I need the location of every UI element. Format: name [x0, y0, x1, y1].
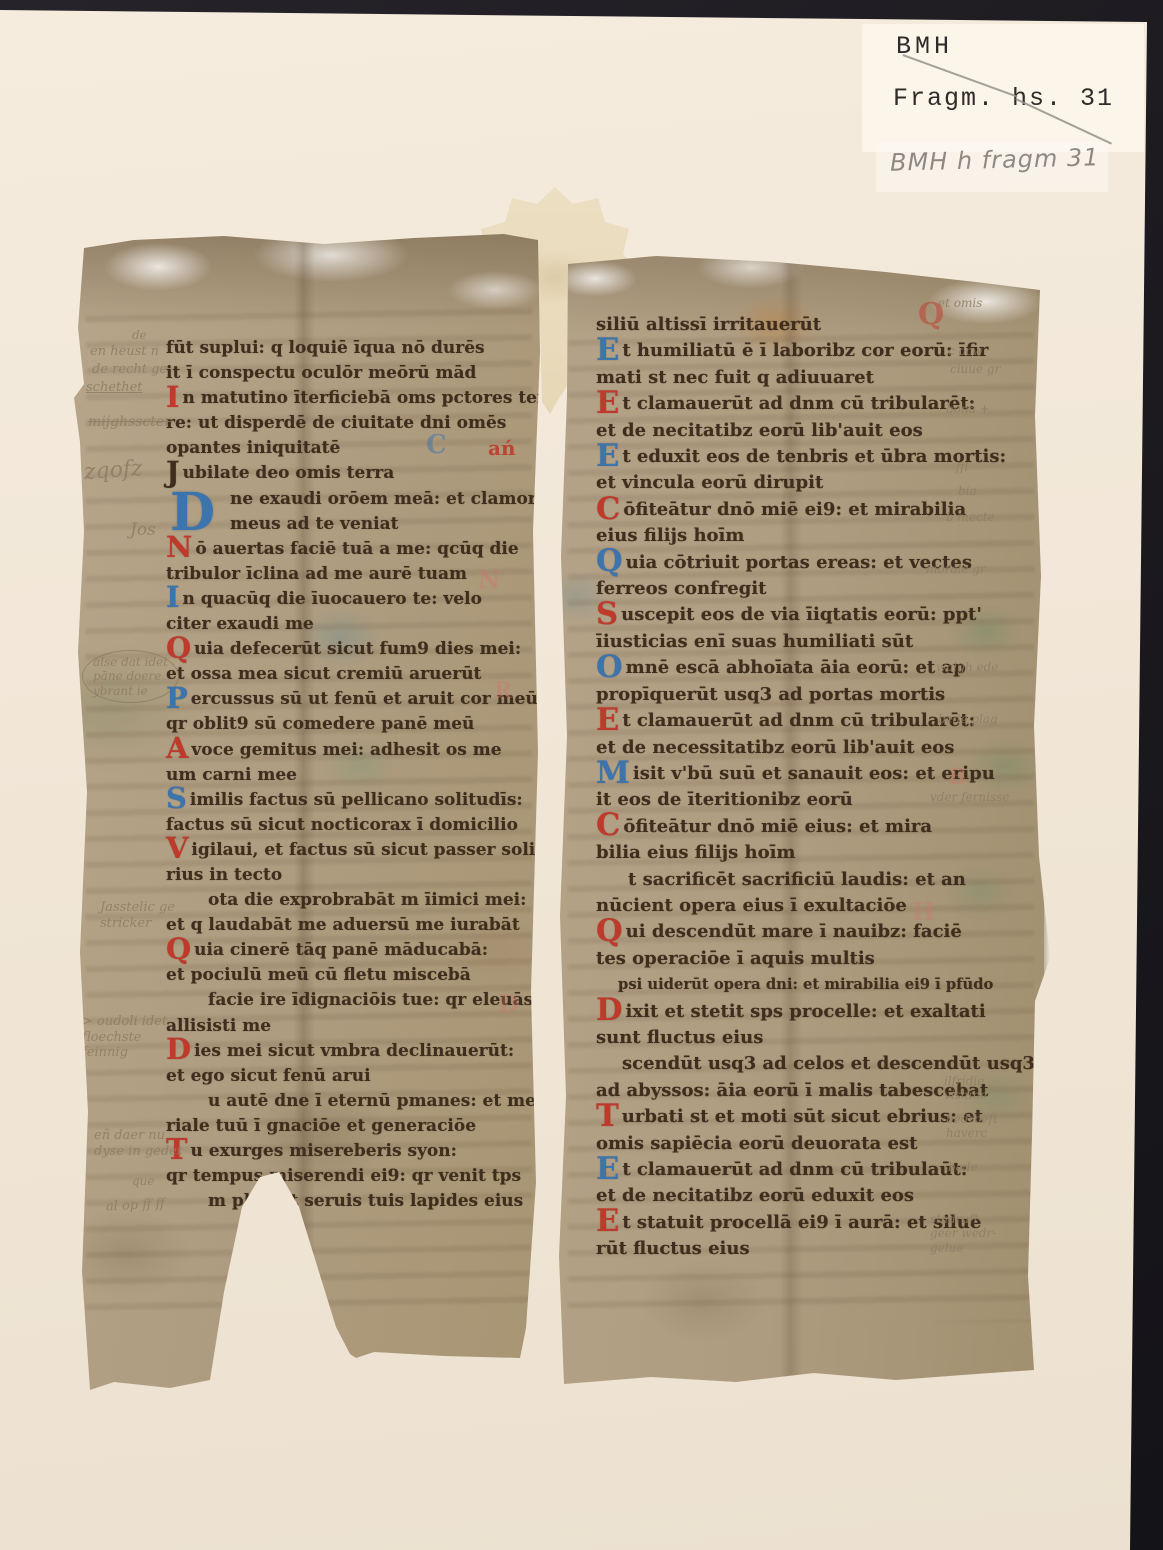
line-text: u autē dne ī eternū pmanes: et memo: [208, 1091, 565, 1111]
manuscript-text-line: Tu exurges misereberis syon:: [166, 1139, 540, 1164]
line-text: bilia eius filijs hoīm: [596, 842, 795, 863]
line-text: re: ut disperdē de ciuitate dni omēs: [166, 413, 506, 433]
manuscript-text-line: Percussus sū ut fenū et aruit cor meū:: [166, 687, 540, 712]
manuscript-text-line: Quia defecerūt sicut fum9 dies mei:: [166, 637, 540, 662]
line-text: uia cinerē tāq panē māducabā:: [194, 940, 488, 960]
manuscript-text-line: m placuit seruis tuis lapides eius: [166, 1189, 540, 1214]
manuscript-text-line: ferreos confregit: [596, 576, 1042, 602]
manuscript-text-line: opantes iniquitatē: [166, 436, 540, 461]
marginal-gloss: vder fernisse: [930, 790, 1009, 804]
manuscript-text-line: qr oblit9 sū comedere panē meū: [166, 712, 540, 737]
manuscript-text-line: et pociulū meū cū fletu miscebā: [166, 963, 540, 988]
marginal-gloss: > oudoli idet floechste feinnig: [82, 1014, 167, 1061]
faded-rubric-mark: H: [912, 900, 935, 924]
manuscript-text-line: et de necitatibz eorū eduxit eos: [596, 1183, 1042, 1209]
marginal-gloss: bedroeft haverc: [946, 1112, 998, 1141]
manuscript-fragment-right: siliū altissī irritauerūtEt humiliatū ē …: [556, 256, 1044, 1392]
marginal-gloss: alse dat idet pāne doere ybrant ie: [82, 650, 179, 703]
manuscript-text-line: propīquerūt usq3 ad portas mortis: [596, 682, 1042, 708]
manuscript-text-line: eius filijs hoīm: [596, 523, 1042, 549]
line-text: rūt fluctus eius: [596, 1238, 750, 1259]
line-text: tes operaciōe ī aquis multis: [596, 948, 875, 969]
manuscript-text-line: re: ut disperdē de ciuitate dni omēs: [166, 411, 540, 436]
manuscript-text-line: Avoce gemitus mei: adhesit os me: [166, 738, 540, 763]
line-text: opantes iniquitatē: [166, 438, 340, 458]
manuscript-text-line: et ossa mea sicut cremiū aruerūt: [166, 662, 540, 687]
line-text: psi uiderūt opera dni: et mirabilia ei9 …: [618, 976, 993, 993]
line-text: t clamauerūt ad dnm cū tribularēt:: [622, 710, 975, 731]
marginal-gloss: ffl: [956, 460, 968, 474]
line-text: ōfiteātur dnō miē eius: et mira: [623, 816, 932, 837]
marginal-gloss: de: [132, 328, 147, 342]
line-text: t clamauerūt ad dnm cū tribularēt:: [622, 393, 975, 414]
line-text: qr tempus miserendi ei9: qr venit tps: [166, 1166, 521, 1186]
line-text: it eos de īteritionibz eorū: [596, 789, 853, 810]
line-text: nūcient opera eius ī exultaciōe: [596, 895, 907, 916]
line-text: ixit et stetit sps procelle: et exaltati: [626, 1001, 986, 1022]
line-text: uia defecerūt sicut fum9 dies mei:: [194, 639, 521, 659]
line-text: ad abyssos: āia eorū ī malis tabescebat: [596, 1080, 988, 1101]
pencil-annotation: BMH h fragm 31: [890, 143, 1100, 176]
line-text: omis sapiēcia eorū deuorata est: [596, 1133, 917, 1154]
mat-board: BMH Fragm. hs. 31 BMH h fragm 31 fūt sup…: [0, 0, 1163, 1550]
line-text: ies mei sicut vmbra declinauerūt:: [194, 1041, 514, 1061]
marginal-gloss: zqofz: [83, 456, 143, 486]
manuscript-text-line: Dixit et stetit sps procelle: et exaltat…: [596, 999, 1042, 1025]
manuscript-text-line: ota die exprobrabāt m īimici mei:: [166, 888, 540, 913]
manuscript-text-line: et de necitatibz eorū lib'auit eos: [596, 418, 1042, 444]
line-text: et de necessitatibz eorū lib'auit eos: [596, 737, 954, 758]
marginal-gloss: bede plag: [938, 712, 998, 726]
manuscript-text-line: allisisti me: [166, 1014, 540, 1039]
marginal-gloss: stadruft geer wedr- gelue: [930, 1212, 996, 1255]
marginal-gloss: mijghsscter: [88, 414, 171, 431]
marginal-gloss: eñ daer nu dyse in gedet: [94, 1128, 182, 1159]
manuscript-text-line: facie ire īdignaciōis tue: qr eleuās: [166, 988, 540, 1013]
line-text: rius in tecto: [166, 865, 282, 885]
line-text: t humiliatū ē ī laboribz cor eorū: īfir: [622, 340, 988, 361]
faded-rubric-mark: N: [478, 568, 500, 592]
line-text: mati st nec fuit q adiuuaret: [596, 367, 874, 388]
manuscript-text-line: bilia eius filijs hoīm: [596, 840, 1042, 866]
manuscript-text-line: nūcient opera eius ī exultaciōe: [596, 893, 1042, 919]
line-text: t sacrificēt sacrificiū laudis: et an: [628, 869, 966, 890]
line-text: ne exaudi orōem meā: et clamor: [230, 489, 537, 509]
manuscript-text-line: et ego sicut fenū arui: [166, 1064, 540, 1089]
manuscript-text-line: et q laudabāt me aduersū me iurabāt: [166, 913, 540, 938]
line-text: meus ad te veniat: [230, 514, 398, 534]
manuscript-text-line: Cōfiteātur dnō miē eius: et mira: [596, 814, 1042, 840]
manuscript-text-line: Similis factus sū pellicano solitudīs:: [166, 788, 540, 813]
line-text: ōfiteātur dnō miē ei9: et mirabilia: [623, 499, 966, 520]
manuscript-text-line: fūt suplui: q loquiē īqua nō durēs: [166, 336, 540, 361]
faded-rubric-mark: R: [494, 680, 512, 702]
line-text: u exurges misereberis syon:: [191, 1141, 457, 1161]
manuscript-text-line: citer exaudi me: [166, 612, 540, 637]
line-text: et q laudabāt me aduersū me iurabāt: [166, 915, 520, 935]
line-text: siliū altissī irritauerūt: [596, 314, 821, 335]
line-text: ō auertas faciē tuā a me: qcūq die: [195, 539, 518, 559]
manuscript-text-line: factus sū sicut nocticorax ī domicilio: [166, 813, 540, 838]
marginal-gloss: b mecte: [946, 510, 995, 524]
line-text: it ī conspectu oculōr meōrū mād: [166, 363, 476, 383]
manuscript-text-line: t sacrificēt sacrificiū laudis: et an: [596, 867, 1042, 893]
marginal-gloss: bade: [948, 1160, 978, 1174]
manuscript-text-line: Quia cinerē tāq panē māducabā:: [166, 938, 540, 963]
manuscript-text-line: riale tuū ī gnaciōe et generaciōe: [166, 1114, 540, 1139]
line-text: t eduxit eos de tenbris et ūbra mortis:: [622, 446, 1006, 467]
line-text: ferreos confregit: [596, 578, 767, 599]
manuscript-text-line: īiusticias enī suas humiliati sūt: [596, 629, 1042, 655]
line-text: m placuit seruis tuis lapides eius: [208, 1191, 523, 1211]
line-text: voce gemitus mei: adhesit os me: [191, 740, 501, 760]
line-text: sunt fluctus eius: [596, 1027, 763, 1048]
line-text: et pociulū meū cū fletu miscebā: [166, 965, 471, 985]
marginal-gloss: morale gr: [926, 562, 986, 576]
line-text: isit v'bū suū et sanauit eos: et eripu: [633, 763, 995, 784]
line-text: facie ire īdignaciōis tue: qr eleuās: [208, 990, 533, 1010]
marginal-gloss: bona +: [946, 402, 990, 416]
faded-rubric-mark: B: [948, 766, 967, 788]
line-text: uscepit eos de via īiqtatis eorū: ppt': [621, 604, 982, 625]
faded-rubric-mark: ań: [488, 438, 516, 458]
manuscript-text-line: Misit v'bū suū et sanauit eos: et eripu: [596, 761, 1042, 787]
text-column: fūt suplui: q loquiē īqua nō durēsit ī c…: [166, 336, 540, 1214]
manuscript-text-line: Dies mei sicut vmbra declinauerūt:: [166, 1039, 540, 1064]
line-text: ercussus sū ut fenū et aruit cor meū:: [191, 689, 544, 709]
manuscript-text-line: Jubilate deo omis terra: [166, 461, 540, 486]
line-text: et de necitatibz eorū eduxit eos: [596, 1185, 914, 1206]
manuscript-fragment-left: fūt suplui: q loquiē īqua nō durēsit ī c…: [74, 232, 542, 1392]
marginal-gloss: en heust n: [90, 344, 159, 360]
manuscript-text-line: et de necessitatibz eorū lib'auit eos: [596, 735, 1042, 761]
manuscript-text-line: Qui descendūt mare ī nauibz: faciē: [596, 919, 1042, 945]
manuscript-text-line: meus ad te veniat: [166, 512, 540, 537]
manuscript-text-line: In matutino īterficiebā oms pctores ter: [166, 386, 540, 411]
line-text: fūt suplui: q loquiē īqua nō durēs: [166, 338, 485, 358]
line-text: et vincula eorū dirupit: [596, 472, 823, 493]
marginal-gloss: ilfridie vishine: [944, 1074, 987, 1103]
marginal-gloss: que: [132, 1174, 155, 1188]
manuscript-text-line: rius in tecto: [166, 863, 540, 888]
manuscript-text-line: Vigilaui, et factus sū sicut passer soli…: [166, 838, 540, 863]
line-text: t clamauerūt ad dnm cū tribulaūt:: [622, 1159, 967, 1180]
line-text: qr oblit9 sū comedere panē meū: [166, 714, 474, 734]
photo-background: BMH Fragm. hs. 31 BMH h fragm 31 fūt sup…: [0, 0, 1163, 1550]
line-text: urbati st et moti sūt sicut ebrius: et: [622, 1106, 983, 1127]
line-text: mnē escā abhoīata āia eorū: et ap: [626, 657, 966, 678]
manuscript-text-line: sunt fluctus eius: [596, 1025, 1042, 1051]
marginal-gloss: Jos: [130, 520, 156, 540]
manuscript-text-line: Et eduxit eos de tenbris et ūbra mortis:: [596, 444, 1042, 470]
line-text: scendūt usq3 ad celos et descendūt usq3: [622, 1053, 1035, 1074]
faded-rubric-mark: D: [498, 992, 519, 1016]
faded-rubric-mark: Q: [918, 300, 944, 330]
manuscript-text-line: um carni mee: [166, 763, 540, 788]
marginal-gloss: de recht ge: [92, 362, 167, 378]
line-text: igilaui, et factus sū sicut passer solit…: [191, 840, 554, 860]
line-text: propīquerūt usq3 ad portas mortis: [596, 684, 945, 705]
manuscript-text-line: Suscepit eos de via īiqtatis eorū: ppt': [596, 602, 1042, 628]
line-text: et ego sicut fenū arui: [166, 1066, 371, 1086]
line-text: imilis factus sū pellicano solitudīs:: [190, 790, 523, 810]
line-text: ubilate deo omis terra: [183, 463, 395, 483]
marginal-gloss: et omis: [938, 296, 982, 310]
label-shelfmark: Fragm. hs. 31: [893, 84, 1114, 113]
line-text: n matutino īterficiebā oms pctores ter: [183, 388, 546, 408]
line-text: uia cōtriuit portas ereas: et vectes: [626, 552, 972, 573]
marginal-gloss: Jasstelic ge stricker: [100, 900, 175, 931]
manuscript-text-line: Dne exaudi orōem meā: et clamor: [166, 487, 540, 512]
marginal-gloss: schethet: [86, 380, 143, 396]
manuscript-text-line: qr tempus miserendi ei9: qr venit tps: [166, 1164, 540, 1189]
manuscript-text-line: siliū altissī irritauerūt: [596, 312, 1042, 338]
faded-rubric-mark: C: [426, 432, 447, 458]
line-text: et ossa mea sicut cremiū aruerūt: [166, 664, 481, 684]
manuscript-text-line: it ī conspectu oculōr meōrū mād: [166, 361, 540, 386]
marginal-gloss: c ocw: [948, 344, 983, 358]
line-text: īiusticias enī suas humiliati sūt: [596, 631, 913, 652]
line-text: n quacūq die īuocauero te: velo: [183, 589, 482, 609]
line-text: t statuit procellā ei9 ī aurā: et silue: [622, 1212, 981, 1233]
line-text: riale tuū ī gnaciōe et generaciōe: [166, 1116, 476, 1136]
manuscript-text-line: psi uiderūt opera dni: et mirabilia ei9 …: [596, 972, 1042, 998]
marginal-gloss: walgh ede: [936, 660, 998, 674]
marginal-gloss: al op ff ff: [106, 1196, 166, 1215]
line-text: tribulor īclina ad me aurē tuam: [166, 564, 467, 584]
manuscript-text-line: tes operaciōe ī aquis multis: [596, 946, 1042, 972]
marginal-gloss: bia: [958, 484, 977, 498]
marginal-gloss: ciuue gr: [950, 362, 1000, 376]
line-text: factus sū sicut nocticorax ī domicilio: [166, 815, 518, 835]
manuscript-text-line: u autē dne ī eternū pmanes: et memo: [166, 1089, 540, 1114]
line-text: et de necitatibz eorū lib'auit eos: [596, 420, 923, 441]
manuscript-text-line: Nō auertas faciē tuā a me: qcūq die: [166, 537, 540, 562]
line-text: ota die exprobrabāt m īimici mei:: [208, 890, 526, 910]
